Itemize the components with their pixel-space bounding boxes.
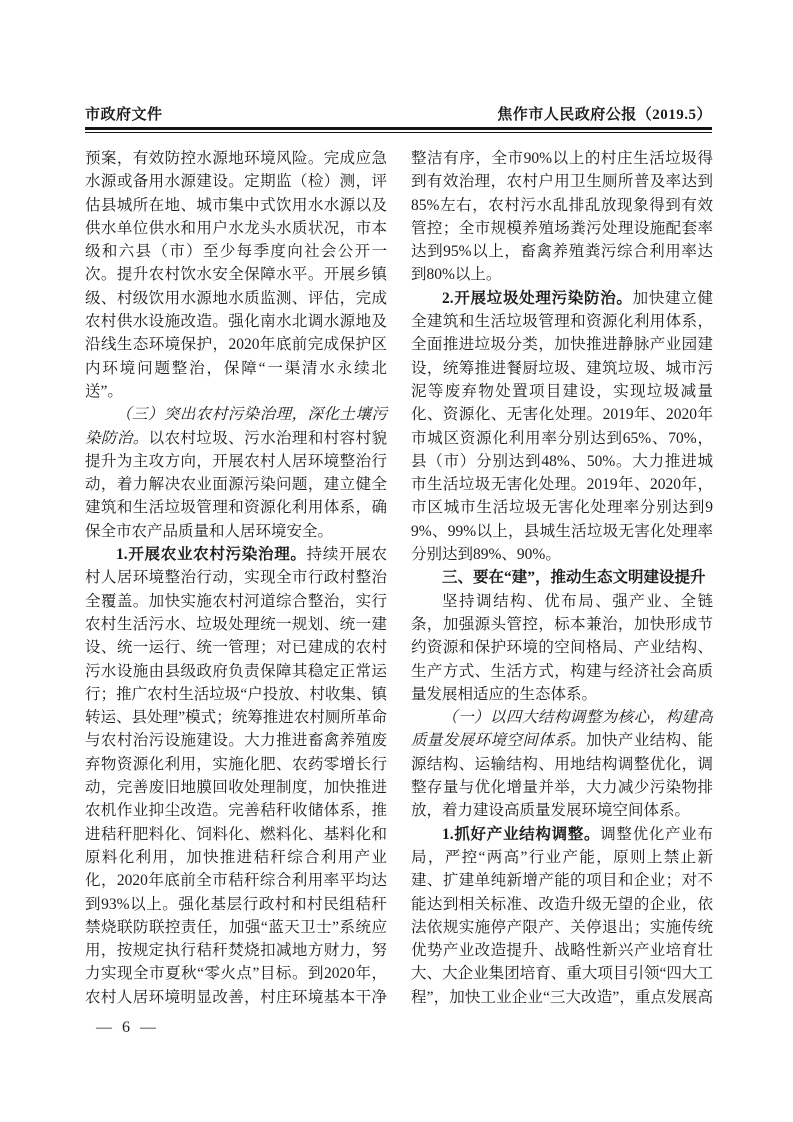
text-run: 三、要在“建”，推动生态文明建设提升 — [442, 569, 706, 586]
header-gazette-title: 焦作市人民政府公报（2019.5） — [497, 103, 712, 124]
text-run: 坚持调结构、优布局、强产业、全链条，加强源头管控，标本兼治，加快形成节约资源和保… — [411, 593, 713, 703]
header-rule — [85, 127, 712, 133]
header-section-label: 市政府文件 — [85, 103, 163, 124]
text-run: 1.开展农业农村污染治理。 — [116, 546, 307, 563]
heading-section-three-jian: 三、要在“建”，推动生态文明建设提升 — [411, 566, 713, 589]
text-run: 加快建立健全建筑和生活垃圾管理和资源化利用体系，全面推进垃圾分类，加快推进静脉产… — [411, 290, 713, 563]
text-run: 1.抓好产业结构调整。 — [442, 826, 600, 843]
text-run: 2.开展垃圾处理污染防治。 — [442, 290, 633, 307]
page-number: — 6 — — [96, 1019, 159, 1037]
text-run: 预案，有效防控水源地环境风险。完成应急水源或备用水源建设。定期监（检）测，评估县… — [85, 150, 387, 400]
para-section-one-four-structures: （一）以四大结构调整为核心，构建高质量发展环境空间体系。加快产业结构、能源结构、… — [411, 706, 713, 822]
page-header: 市政府文件 焦作市人民政府公报（2019.5） — [85, 103, 712, 124]
para-item-2-garbage-pollution-control: 2.开展垃圾处理污染防治。加快建立健全建筑和生活垃圾管理和资源化利用体系，全面推… — [411, 287, 713, 567]
document-page: 市政府文件 焦作市人民政府公报（2019.5） 预案，有效防控水源地环境风险。完… — [0, 0, 793, 1122]
para-water-source-protection: 预案，有效防控水源地环境风险。完成应急水源或备用水源建设。定期监（检）测，评估县… — [85, 147, 387, 403]
para-section-three-rural-pollution: （三）突出农村污染治理，深化土壤污染防治。以农村垃圾、污水治理和村容村貌提升为主… — [85, 403, 387, 543]
para-jian-intro: 坚持调结构、优布局、强产业、全链条，加强源头管控，标本兼治，加快形成节约资源和保… — [411, 590, 713, 706]
document-body: 预案，有效防控水源地环境风险。完成应急水源或备用水源建设。定期监（检）测，评估县… — [85, 147, 713, 1023]
